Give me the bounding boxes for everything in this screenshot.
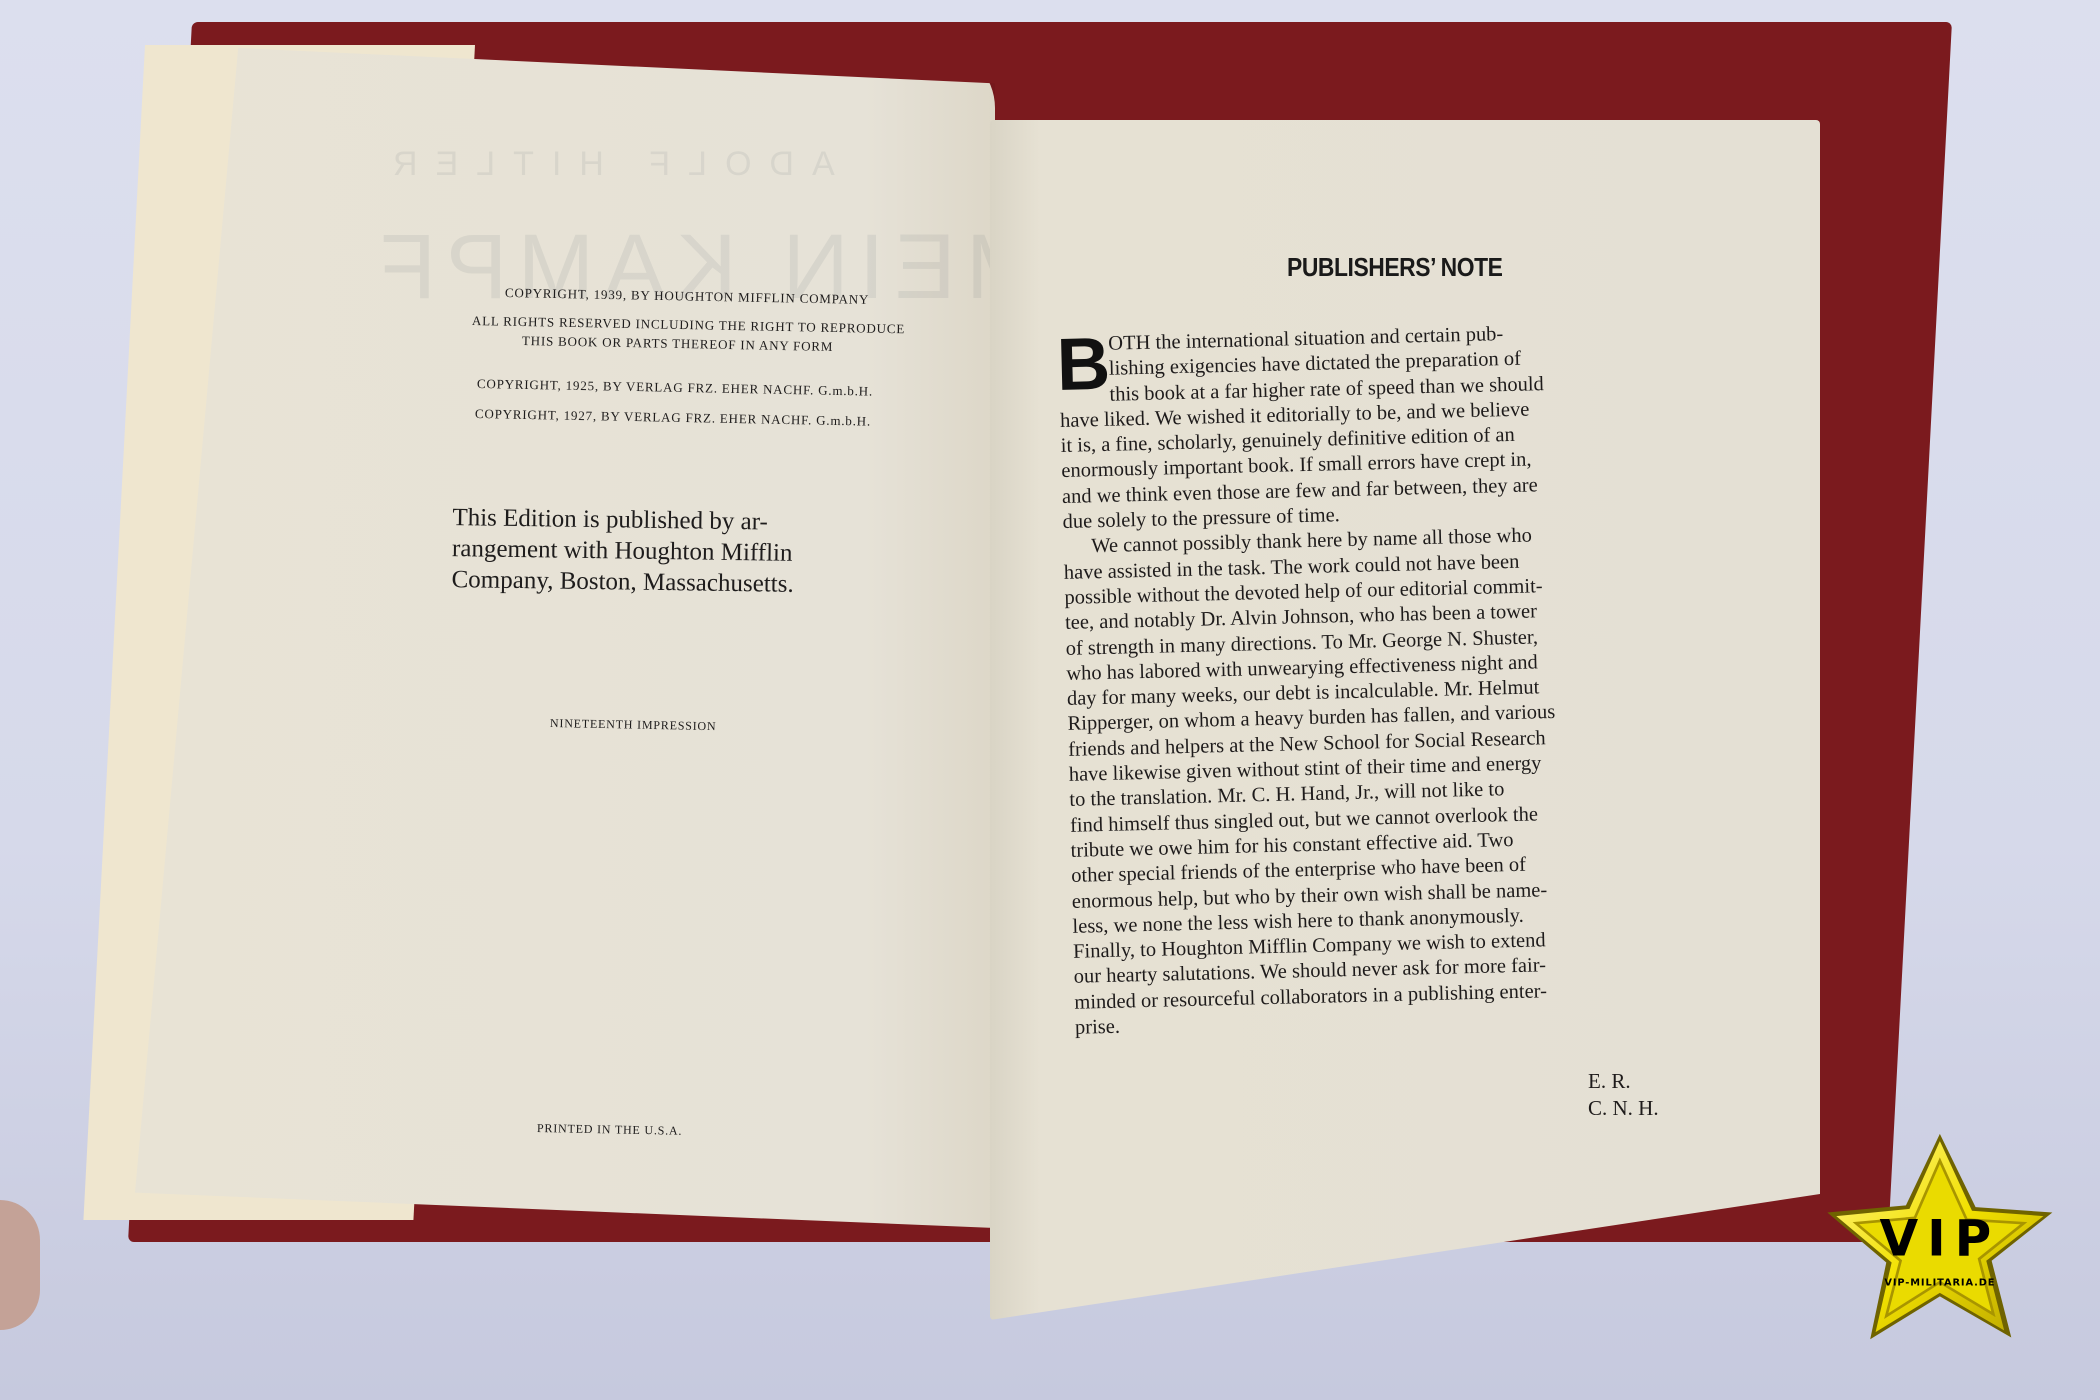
signature: E. R. C. N. H. — [1588, 1068, 1659, 1122]
book-photo: ADOLF HITLER MEIN KAMPF COPYRIGHT, 1939,… — [0, 0, 2100, 1400]
holding-thumb — [0, 1200, 40, 1330]
edition-note: This Edition is published by ar- rangeme… — [451, 502, 872, 601]
printed-in-label: PRINTED IN THE U.S.A. — [537, 1121, 683, 1139]
signature-initials: E. R. — [1588, 1068, 1659, 1095]
impression-label: NINETEENTH IMPRESSION — [550, 716, 717, 734]
publishers-note-body: B OTH the international situation and ce… — [1058, 318, 1675, 1041]
star-icon: VIP VIP-MILITARIA.DE — [1812, 1125, 2082, 1375]
drop-cap: B — [1056, 334, 1111, 395]
page-title: PUBLISHERS’ NOTE — [1287, 252, 1502, 283]
vip-url-text: VIP-MILITARIA.DE — [1884, 1278, 1995, 1289]
signature-initials: C. N. H. — [1588, 1095, 1659, 1122]
vip-watermark-logo: VIP VIP-MILITARIA.DE — [1812, 1125, 2082, 1375]
bleed-through-author: ADOLF HITLER — [375, 145, 835, 184]
edition-note-line: Company, Boston, Massachusetts. — [451, 564, 871, 601]
vip-text: VIP — [1879, 1209, 2000, 1267]
